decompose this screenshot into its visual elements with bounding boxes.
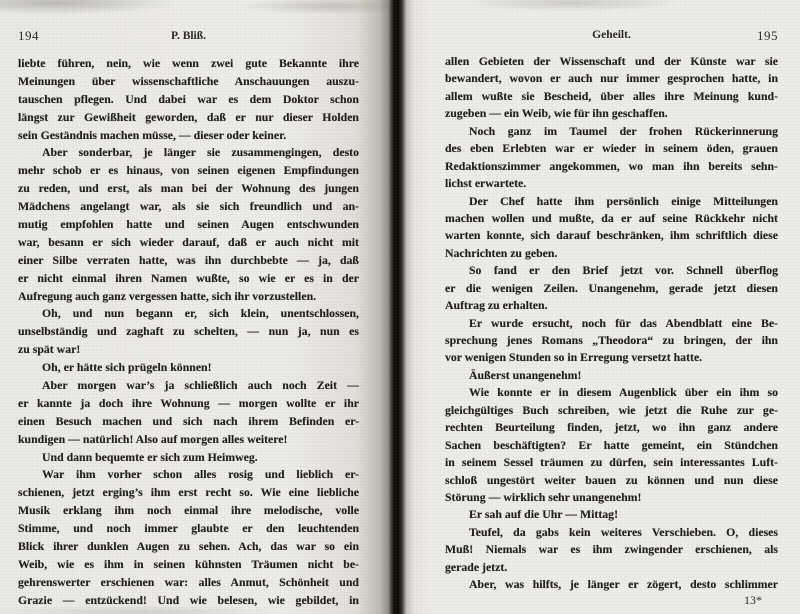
text-line: Meinungen über wissenschaftliche Anschau… [18,73,359,91]
text-line: machen wollen und mußte, da er auf seine… [445,210,778,227]
text-line: schienen, jetzt erging’s ihm erst recht … [18,484,359,502]
text-line: Sachen beschäftigten? Er hatte gemeint, … [445,437,778,454]
text-line: er kannte ja doch ihre Wohnung — morgen … [18,395,359,413]
text-line: Grazie — entzückend! Und wie belesen, wi… [18,592,359,610]
text-line: Oh, und nun begann er, sich klein, unent… [18,305,359,323]
signature-mark: 13* [445,593,778,608]
text-line: er die wenigen Zeilen. Unangenehm, gerad… [445,280,778,297]
text-line: Noch ganz im Taumel der frohen Rückerinn… [445,123,778,140]
text-line: Aber sonderbar, je länger sie zusammengi… [18,144,359,162]
text-line: Mädchens angelangt war, als sie sich fre… [18,198,359,216]
text-line: Er sah auf die Uhr — Mittag! [445,506,778,523]
right-page-text: allen Gebieten der Wissenschaft und der … [445,53,778,594]
text-line: vor wenigen Stunden so in Erregung verse… [445,349,778,366]
text-line: Stimme, und noch immer glaubte er den le… [18,520,359,538]
text-line: unselbständig und zaghaft zu schelten, —… [18,323,359,341]
text-line: sein Geständnis machen müsse, — dieser o… [18,127,359,145]
text-line: Und dann bequemte er sich zum Heimweg. [18,449,359,467]
text-line: des eben Erlebten war er wieder in seine… [445,140,778,157]
text-line: gleichgültiges Buch schreiben, wie jetzt… [445,402,778,419]
text-line: Aber, was hilfts, je länger er zögert, d… [445,576,778,593]
text-line: zugeben — ein Weib, wie für ihn geschaff… [445,105,778,122]
text-line: Äußerst unangenehm! [445,367,778,384]
text-line: War ihm vorher schon alles rosig und lie… [18,466,359,484]
text-line: Störung — wirklich sehr unangenehm! [445,489,778,506]
text-line: Redaktionszimmer angekommen, wo man ihn … [445,158,778,175]
text-line: lichst erwartete. [445,175,778,192]
binding-seam [358,0,414,614]
text-line: einer Silbe verraten hatte, was ihn durc… [18,252,359,270]
text-line: liebte führen, nein, wie wenn zwei gute … [18,55,359,73]
text-line: war, besann er sich wieder darauf, daß e… [18,234,359,252]
text-line: Wie konnte er in diesem Augenblick über … [445,384,778,401]
text-line: Oh, er hätte sich prügeln können! [18,359,359,377]
text-line: Der Chef hatte ihm persönlich einige Mit… [445,193,778,210]
book-spread: 194 P. Bliß. Geheilt. 195 liebte führen,… [0,0,800,614]
text-line: Muß! Niemals war es ihm zwingender ersch… [445,541,778,558]
text-line: mehr schob er es hinaus, von seinen eige… [18,162,359,180]
text-line: kundigen — natürlich! Also auf morgen al… [18,431,359,449]
text-line: sprechung jenes Romans „Theodora“ zu bri… [445,332,778,349]
text-line: Auftrag zu erhalten. [445,297,778,314]
right-page-number: 195 [445,28,778,44]
text-line: längst zur Gewißheit geworden, daß er nu… [18,109,359,127]
left-page-text: liebte führen, nein, wie wenn zwei gute … [18,55,359,610]
text-line: gehrenswerter erschienen war: alles Anmu… [18,574,359,592]
text-line: rechten Beurteilung finden, jetzt, wo ih… [445,419,778,436]
text-line: allem wußte sie Bescheid, über alles ihr… [445,88,778,105]
text-line: gerade jetzt. [445,559,778,576]
left-running-title: P. Bliß. [18,30,359,42]
text-line: er nicht einmal ihren Namen wußte, so wi… [18,270,359,288]
text-line: tauschen pflegen. Und dabei war es dem D… [18,91,359,109]
text-line: So fand er den Brief jetzt vor. Schnell … [445,262,778,279]
text-line: in seinem Sessel träumen zu dürfen, sein… [445,454,778,471]
text-line: Aufregung auch ganz vergessen hatte, sic… [18,288,359,306]
text-line: Nachrichten zu geben. [445,245,778,262]
text-line: warten konnte, sich darauf beschränken, … [445,227,778,244]
text-line: zu reden, und erst, als man bei der Wohn… [18,180,359,198]
text-line: allen Gebieten der Wissenschaft und der … [445,53,778,70]
text-line: Weib, wie es ihm in seinen kühnsten Träu… [18,556,359,574]
text-line: zu spät war! [18,341,359,359]
text-line: bewandert, wovon er auch nur immer gespr… [445,70,778,87]
text-line: Aber morgen war’s ja schließlich auch no… [18,377,359,395]
text-line: Er wurde ersucht, noch für das Abendblat… [445,315,778,332]
text-line: Teufel, da gabs kein weiteres Verschiebe… [445,524,778,541]
text-line: mutig empfohlen hatte und seinen Augen e… [18,216,359,234]
text-line: einen Besuch machen und sich nach ihrem … [18,413,359,431]
text-line: Musik erklang ihm noch einmal ihre melod… [18,502,359,520]
text-line: schloß ungestört weiter bauen zu können … [445,472,778,489]
text-line: Blick ihrer dunklen Augen zu sehen. Ach,… [18,538,359,556]
